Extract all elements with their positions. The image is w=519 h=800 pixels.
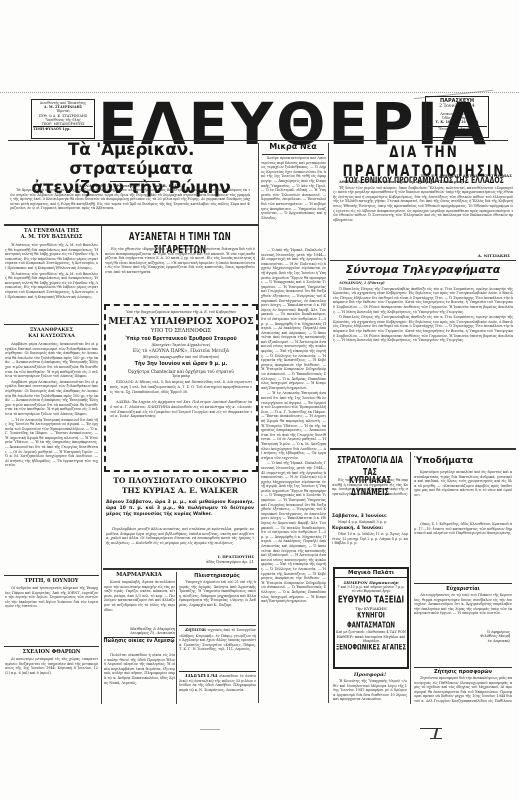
phone: Τ. Κ. 18 Τηλ. 217 & 88	[427, 120, 487, 124]
divider	[110, 181, 160, 182]
column-rule	[410, 452, 411, 704]
lead-headline-line1: Τὰ 'Αμερικαν. στρατεύματα	[4, 141, 258, 179]
stratologia-day2-body: Ὀδοὶ 10 π. μ. Μάλλη 11 π. μ. Ἅγιος Δομέτ…	[332, 532, 408, 546]
divider	[4, 224, 258, 226]
marmarakia-body: Κοινὰ παραλαβή, ἄμεσα ἀνταλλάσσομεν τὴν …	[104, 580, 175, 627]
fthariou-body: Αἱ κατωτέρω μεταφοραὶ εἰς τὰς χώρας «παρ…	[5, 657, 98, 703]
fthariou-title: ΣΧΕΔΙΟΝ ΦΘΑΡΙΩΝ	[4, 649, 99, 656]
marmarakia-signature: Ματθαιΐδης & Μαμιρίνη Λεωφόρος 15, Λευκω…	[104, 627, 175, 636]
poleisis-title: Πώλησις οἰκίας ἐν Λεμεσῷ	[103, 639, 175, 645]
main-right-byline: ΤΟΥ ΕΝ ΑΘΗΝΑΙΣ ΑΝΤΑΠΟΚΡΙΤΟΥ ΜΑΣ	[340, 173, 512, 178]
dance-ad-time: Τὴν 3ην Ἰουνίου καὶ ὥραν 9 μ. μ.	[106, 361, 256, 368]
issue-date: 2 Ἰουνίου 1944	[427, 104, 487, 110]
showtimes: 7 καὶ 9.15 μ.μ. καὶ αὔριον μόνον 7 μ.μ. …	[335, 585, 407, 593]
syntoma-title: Σύντομα Τηλεγραφήματα	[330, 263, 516, 277]
dance-ad-extra: ΛΑΧΕΙΑ: Ἐκ λαχεία εἰς ἀρχήματα τοῦ Κατ. …	[110, 400, 252, 422]
ypodimata-shop: Οἶκος Σ. Ι. Κιθορείδης, ὁδὸς Κλεισθένου,…	[414, 522, 512, 558]
divider	[330, 260, 516, 261]
date-box: ΠΑΡΑΣΚΕΥΗ 2 Ἰουνίου 1944 Λευκωσία (Κύπρο…	[425, 96, 489, 138]
stratologia-day2: Κυριακή, 4 Ἰουνίου:	[332, 526, 408, 532]
syntoma-body: ΛΟΝΔΙΝΟΝ, 1 (Ρόυτερ) Ὁ Βασιλεὺς Πέτρος τ…	[333, 281, 513, 406]
divider	[414, 583, 512, 584]
divider	[4, 646, 99, 647]
film-title: ΕΥΘΥΜΟ ΤΑΞΕΙΔΙ	[335, 594, 407, 607]
walker-headline: ΤΟ ΠΛΟΥΣΙΩΤΑΤΟ ΟΙΚΟΚΥΡΙΟ ΤΗΣ ΚΥΡΙΑΣ Α. Ε…	[103, 476, 257, 496]
divider	[348, 279, 498, 280]
xylanthrakes-body: Λαμβάνει μέρα Λευκωσίας, ἀνακοινοῦται ὅτ…	[5, 342, 98, 544]
divider	[4, 324, 99, 325]
efharistiai-body: Λειτουργήσαντες ἐν τῷ ναῷ τοῦ Πλάκου τῆς…	[414, 593, 512, 629]
column-rule	[101, 226, 102, 704]
divider	[104, 637, 175, 638]
prosfora-body: Ἡ Κοινότης τῆς Ὑπαγρικὴς Νεροῦ «Λιθί» κα…	[333, 679, 407, 705]
walker-lead: Αὔριον Σάββατον, ὥρα 3 μ. μ., καὶ μεθαύρ…	[106, 500, 254, 517]
ypodimata-body: Κρατοῦμεν μεγάλην ποικιλίαν καὶ εἰς ἄρισ…	[414, 470, 512, 520]
zitisis-body: Ζητοῦνται προσφοραὶ διὰ τὴν ἀνακαλύψεως …	[414, 676, 512, 704]
walker-signature: Ι. ΠΡΑΤΣΙΟΥΤΗΣ ὁδὸς Ὀνασαγόρου ἀρ. 21	[160, 555, 254, 564]
issue-number: Ἔτος 39ον - Ἀρ. 4907	[427, 126, 487, 131]
zitountai-ad: Ζητεῖται τεχνικὸς ἀπὸ τὸ Συνεργεῖον «Κάδ…	[179, 628, 256, 668]
cigarettes-body: Εἰς τὸν χθεσινὸν «Εφημερίδα» τῆς Κυβερνή…	[105, 247, 255, 303]
divider	[330, 448, 516, 450]
pleistiriasmos-body: Ὑπερισχὺ Δημοσίου ἐπὶ τοῦ 21 ἐπὶ τῆς ἀγο…	[179, 580, 256, 622]
prosfora-title: Προσφορά!	[333, 672, 407, 678]
dance-ad-band-note: Τρία μπάρ	[106, 374, 256, 378]
zitisis-title: Ζήτησις προσφορῶν	[414, 669, 512, 676]
divider	[414, 667, 512, 668]
column-rule	[258, 143, 259, 703]
ypodimata-title: Ὑποδήματα	[414, 456, 514, 467]
triti-body: Οἱ ἀνδρεῖοι καὶ τρισευγενεῖς κληρικοὶ τῆ…	[5, 586, 98, 634]
divider	[179, 671, 256, 672]
magiko-palati-ad: Μαγικὸ Παλάτι ΣΗΜΕΡΟΝ Παρασκευὴν 7 καὶ 9…	[333, 567, 409, 669]
mikra-nea-title: Μικρὰ Νέα	[260, 142, 326, 152]
news-briefs-column: — Ὁ ἀπὸ τῆς Ἠρακλ. Παλκλοῦς Γιαννικὴ Ντο…	[261, 248, 326, 704]
cinema-name: Μαγικὸ Παλάτι	[335, 569, 407, 578]
scan-mark	[200, 729, 220, 730]
scan-mark	[434, 728, 439, 738]
divider	[179, 625, 256, 626]
stratologia-body: Εἰς τοὺς ἄνδρας τῆς Λευκωσίας θὰ παρατεθ…	[332, 478, 408, 516]
dance-ad-title: ΜΕΓΑΣ ΥΠΑΙΘΡΙΟΣ ΧΟΡΟΣ	[106, 316, 256, 328]
marmarakia-title: ΜΑΡΜΑΡΑΚΙΑ	[103, 572, 175, 579]
main-right-body: ΑΘΗΝΑΙΣΝ, 31 Μαΐου (ὁδόσιτερον τηλεγράφη…	[333, 180, 513, 252]
column-rule	[176, 572, 177, 704]
genethlia-body: Ἡ ἐπέτειος τῶν γενεθλίων τῆς Α. Μ. τοῦ Β…	[5, 243, 98, 323]
film-note: Καὶ μὲ ζωντανά: «Χαθούσαν 4 ΤΑΥ ΡΟΝ ΗΑΘΥ…	[335, 630, 407, 643]
editor-name: ΓΕΩΡ. ΜΕΤΑΜΟΡΦΙΤΗΣ	[33, 122, 93, 126]
dance-ad-cause-note: (Κατεχόντι Ταμείου Αἰχμαλώτων)	[106, 343, 256, 347]
politai-ad: ΠΩΛΗΤΑΙ οἰκοπέδιον ἐν ἀνατολικῷ τῷ ἀνατο…	[179, 674, 256, 704]
publisher-box: Διευθυντής καὶ Ἰδιοκτήτης Δ. Μ. ΣΤΑΥΡΙΝΙ…	[31, 99, 95, 139]
lead-body: Τὰ Ἀμερικανικὰ στρατεύματα τῆς 5ης Στρατ…	[10, 188, 250, 222]
efharistiai-title: Εὐχαριστίαι	[414, 586, 512, 593]
scan-mark	[430, 738, 442, 739]
main-right-signature: Α. ΝΙΤΣΙΑΚΗΣ	[430, 253, 510, 258]
newspaper-page: Διευθυντής καὶ Ἰδιοκτήτης Δ. Μ. ΣΤΑΥΡΙΝΙ…	[0, 0, 519, 800]
divider	[103, 568, 257, 570]
dance-ad-venue-note: (Εὐγενῶς παραχωρηθὲν ὑπὸ τοῦ ἰδιοκτήτου)	[106, 355, 256, 359]
mikra-nea-body: Ἀνεῖμε προεκτατεύματα καὶ Λαευτερώτας πε…	[261, 156, 326, 248]
pleistiriasmos-title: Πλειστηριασμός	[178, 573, 256, 579]
stratologia-day1: Σάββατον, 3 Ἰουνίου:	[332, 514, 408, 520]
film-title: ΞΕΝΟΦΩΝΙΚΕΣ ΑΓΑΠΕΣ	[335, 644, 407, 654]
triti-title: ΤΡΙΤΗ, 6 ΙΟΥΝΙΟΥ	[4, 578, 99, 585]
xylanthrakes-title: ΞΥΛΑΝΘΡΑΚΕΣ ΚΑΙ ΚΑΥΣΟΞΥΛΑ	[4, 327, 99, 339]
column-rule	[328, 143, 329, 703]
scan-mark	[420, 728, 442, 729]
dance-ad-subtitle: ΥΠΟ ΤΟ ΣΕΛΗΝΟΦΩΣ	[106, 328, 256, 335]
divider	[262, 154, 324, 155]
poleisis-body: Πωλεῖται οἰκοπέδιον ἡ οἰκία εἰς λίαν καλ…	[104, 653, 175, 703]
efharistiai-signature: Ὁ ἐφημέριος Φιλόθεος Μοιρῆ ἐν Λαρνακῷ	[440, 630, 510, 643]
dance-ad-entry: ΕΙΣΟΔΟΣ: Α' ἄδειας σελ. 5, διὰ κυρίας κα…	[110, 380, 252, 398]
dance-ad-intro: Ὑπὸ τὴν διαχειριζομένων προστασίαν τῆς Α…	[106, 310, 256, 314]
dance-ad: Ὑπὸ τὴν διαχειριζομένων προστασίαν τῆς Α…	[104, 304, 258, 472]
film-title: ΚΥΝΗΓΟΙ ΦΑΝΤΑΣΜΑΤΩΝ	[335, 612, 407, 632]
price: ΤΙΜΗ ΦΥΛΛΟΥ 1γρ.	[33, 126, 93, 131]
walker-body: Περιλαμβάνει μεταξὺ ἄλλων κουκέτας, καὶ …	[106, 527, 254, 555]
genethlia-title: ΤΑ ΓΕΝΕΘΛΙΑ ΤΗΣ Α. Μ. ΤΟΥ ΒΑΣΙΛΕΩΣ	[4, 228, 99, 241]
divider	[4, 575, 99, 576]
